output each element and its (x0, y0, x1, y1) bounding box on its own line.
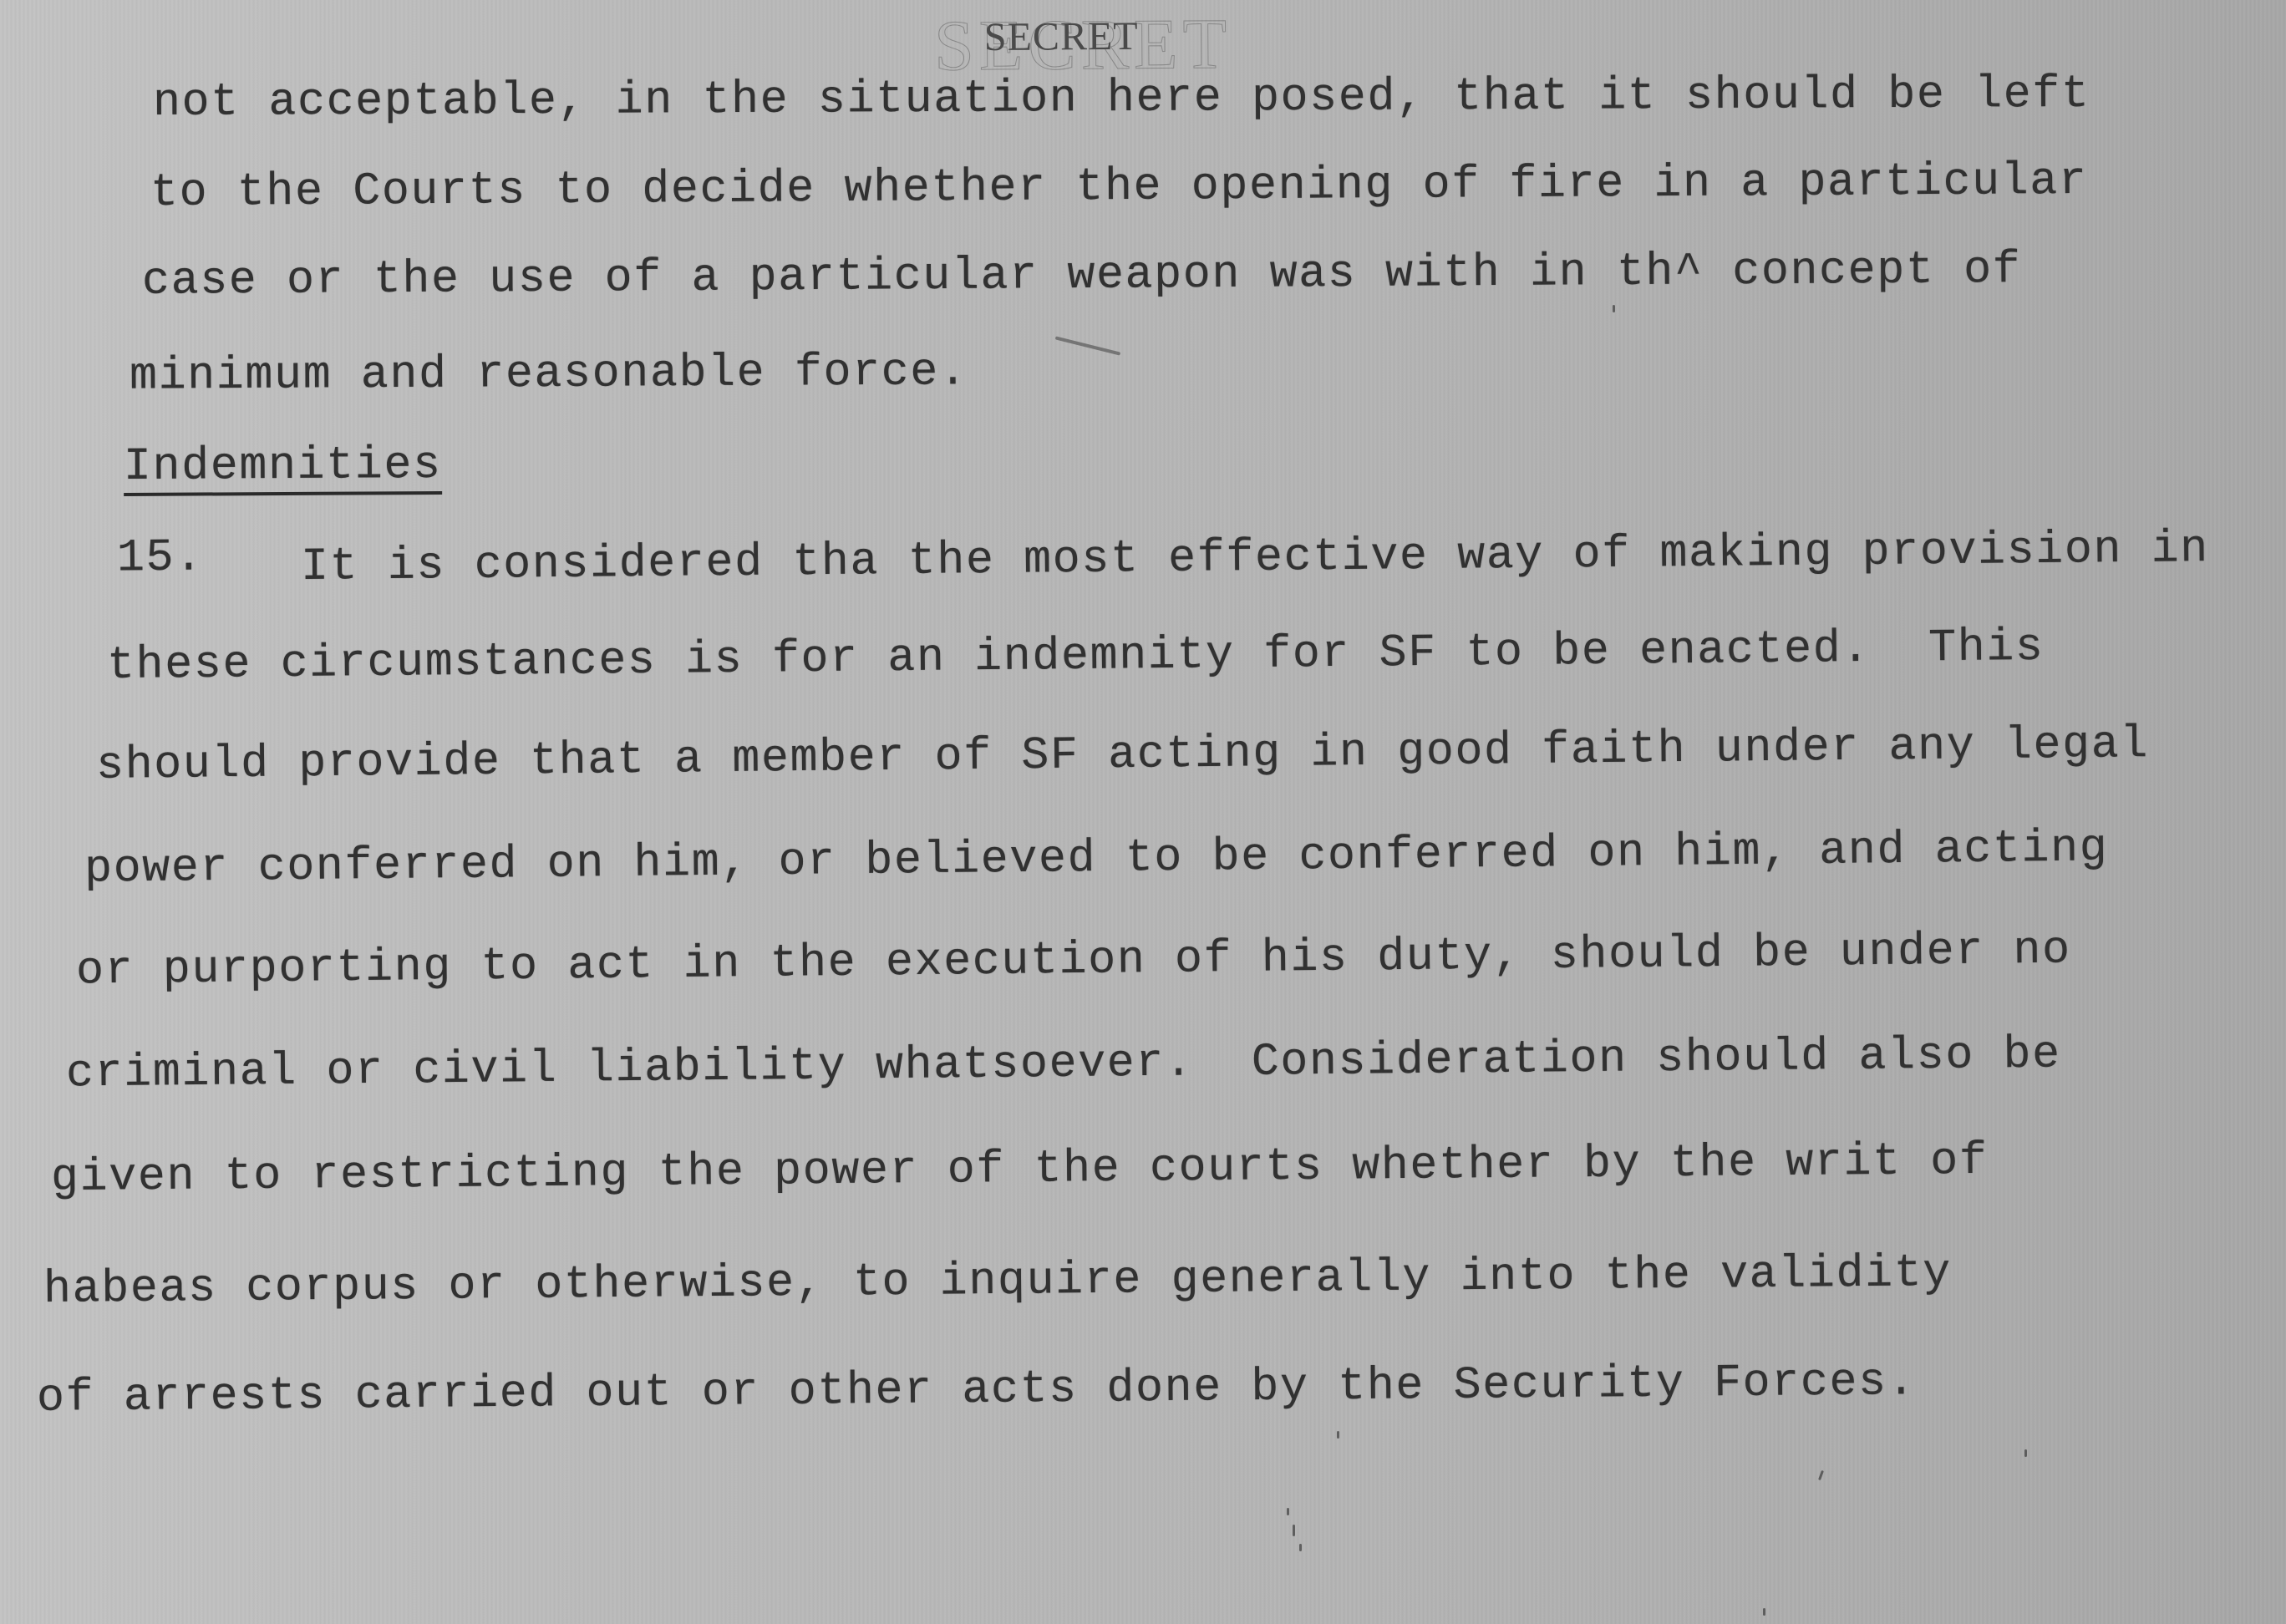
ink-speck (1763, 1608, 1765, 1616)
ink-speck (1337, 1431, 1339, 1439)
text-line: power conferred on him, or believed to b… (84, 825, 2109, 891)
ink-speck (1299, 1544, 1302, 1551)
ink-speck (1287, 1508, 1289, 1515)
text-line: of arrests carried out or other acts don… (37, 1358, 1917, 1421)
text-line: these circumstances is for an indemnity … (107, 624, 2045, 688)
ink-speck (1818, 1470, 1824, 1480)
text-line: criminal or civil liability whatsoever. … (66, 1032, 2061, 1097)
text-line: habeas corpus or otherwise, to inquire g… (43, 1250, 1952, 1312)
typed-page: not acceptable, in the situation here po… (0, 0, 2286, 1624)
section-heading-indemnities: Indemnities (124, 442, 442, 496)
ink-smudge (1055, 336, 1121, 355)
paragraph-number: 15. (117, 535, 204, 581)
ink-speck (1293, 1525, 1295, 1536)
ink-speck (2024, 1449, 2027, 1457)
text-line: case or the use of a particular weapon w… (142, 246, 2022, 304)
text-line: to the Courts to decide whether the open… (150, 158, 2088, 216)
text-line: given to restricting the power of the co… (51, 1138, 1989, 1200)
text-line: not acceptable, in the situation here po… (153, 71, 2090, 125)
text-line: It is considered tha the most effective … (301, 525, 2209, 590)
ink-speck (1613, 305, 1615, 312)
text-line: minimum and reasonable force. (130, 348, 968, 398)
text-line: or purporting to act in the execution of… (76, 926, 2071, 993)
text-line: should provide that a member of SF actin… (96, 721, 2149, 789)
